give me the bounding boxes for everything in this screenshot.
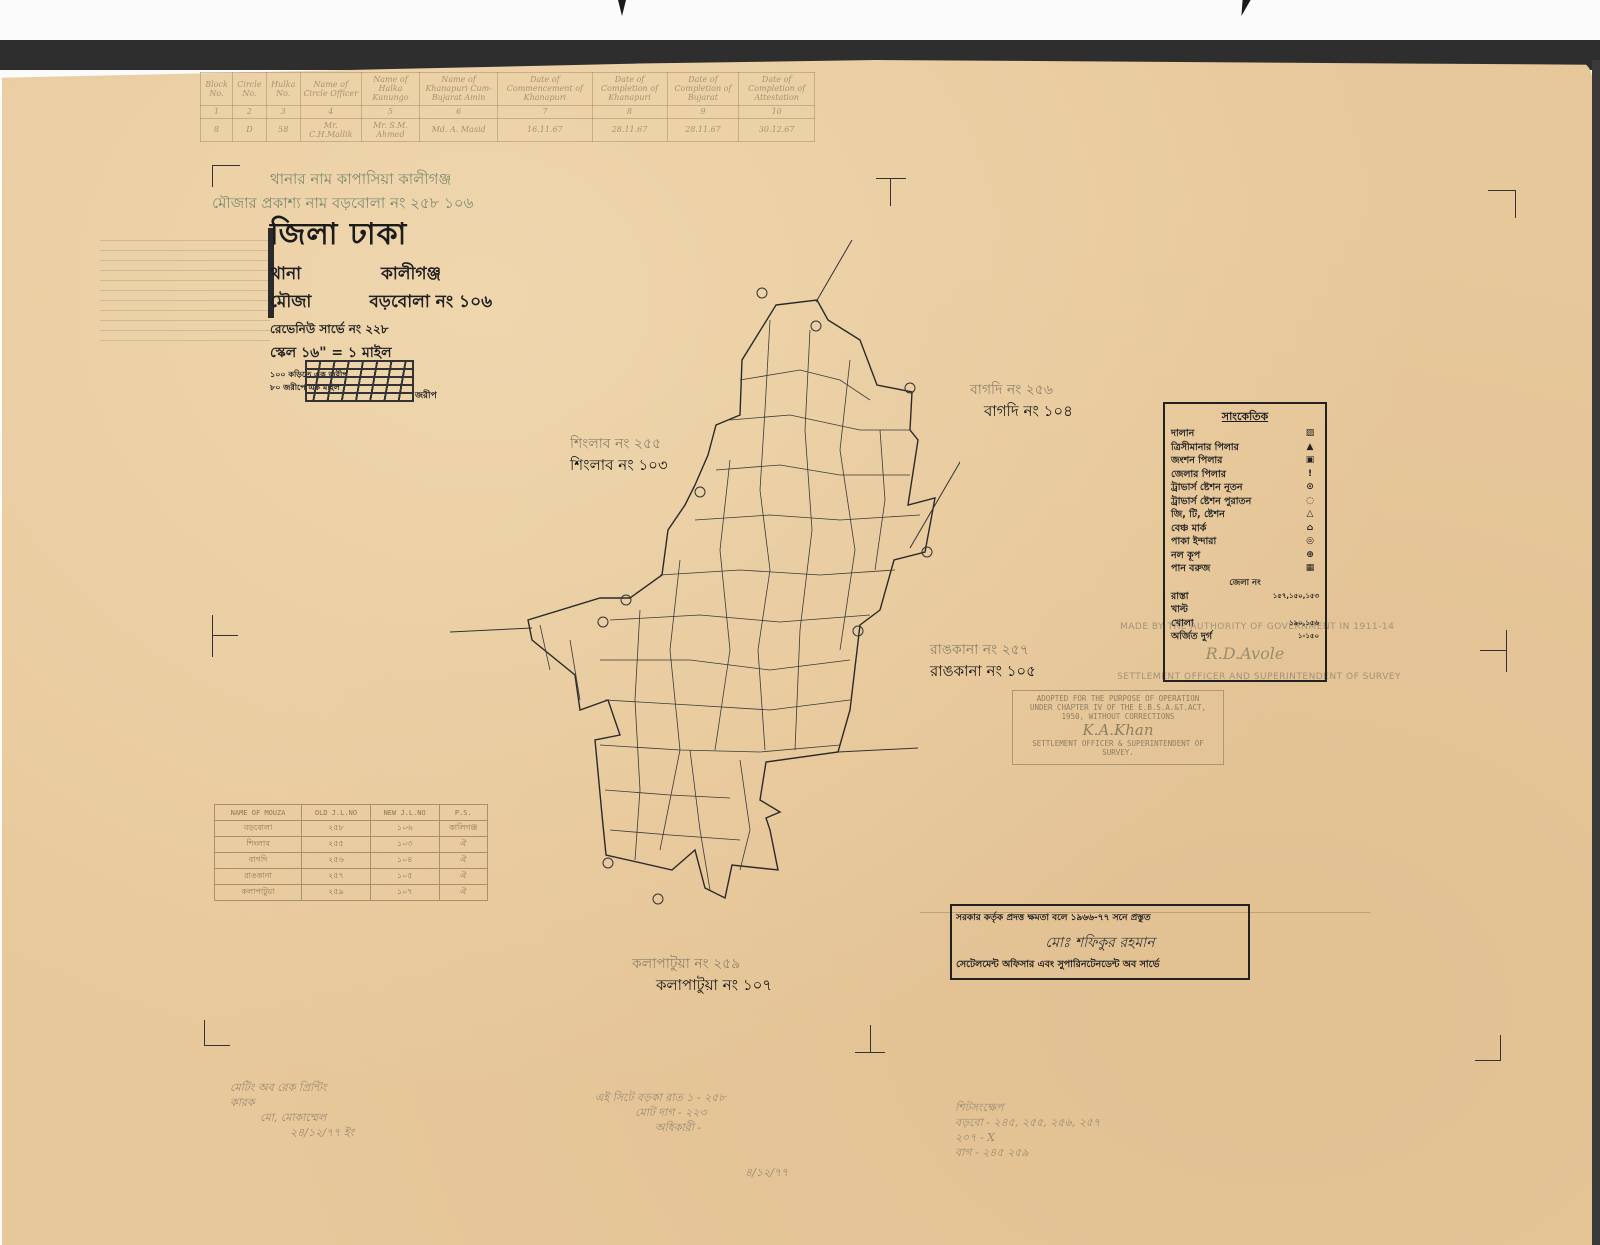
register-value: Md. A. Masid: [420, 118, 498, 141]
legend-value: ১৯০,১৫৬: [1289, 617, 1319, 631]
legend-value: ১-১৫০: [1298, 630, 1319, 644]
register-value: D: [233, 118, 267, 141]
register-num: 5: [361, 105, 419, 118]
legend-label: বেঞ্চ মার্ক: [1171, 522, 1206, 536]
stamp-signature: মোঃ শফিকুর রহমান: [956, 931, 1244, 955]
register-value: Mr. C.H.Mallik: [300, 118, 361, 141]
thana-label: থানা: [270, 261, 301, 289]
new-village-name: কলাপাটুয়া নং ১০৭: [656, 974, 772, 999]
column-header: P.S.: [439, 805, 487, 821]
handwritten-note-middle: এই সিটে বড়কা রাত ১ - ২৫৮ মোট দাগ - ২২৩ …: [595, 1090, 788, 1180]
handwritten-note-left: মেটিং অব রেক প্রিন্টিং কারক মো, মোকাম্মে…: [230, 1080, 354, 1140]
legend-subtitle: জেলা নং: [1171, 576, 1319, 590]
traverse-station-new-icon: ⊙: [1301, 481, 1319, 495]
betel-garden-icon: ▦: [1301, 562, 1319, 576]
register-value: 16.11.67: [498, 118, 592, 141]
column-header: NEW J.L.NO: [370, 805, 439, 821]
legend-label: খোলা: [1171, 617, 1194, 631]
legend-item: দালান▨: [1171, 427, 1319, 441]
note-line: মো, মোকাম্মেল: [260, 1110, 354, 1125]
cell: ঐ: [439, 885, 487, 901]
corner-mark: [204, 1045, 230, 1046]
mouza-label: মৌজা: [270, 289, 311, 317]
registration-mark: [890, 178, 891, 206]
legend-label: জি, টি, ষ্টেশন: [1171, 508, 1225, 522]
mouza-table-header: NAME OF MOUZA OLD J.L.NO NEW J.L.NO P.S.: [215, 805, 488, 821]
registration-mark: [212, 635, 238, 636]
stamp-line: ADOPTED FOR THE PURPOSE OF OPERATION: [1013, 694, 1223, 703]
legend-item: বেঞ্চ মার্ক⌂: [1171, 522, 1319, 536]
register-num: 1: [201, 105, 233, 118]
stamp-line: SETTLEMENT OFFICER & SUPERINTENDENT OF: [1013, 739, 1223, 748]
legend-row: রাস্তা১৫৭,১৫০,১৫৩: [1171, 590, 1319, 604]
note-line: বাগ - ২৪৫ ২৫৯: [955, 1145, 1100, 1160]
cell: রাঙকানা: [215, 869, 302, 885]
legend-label: পাকা ইন্দারা: [1171, 535, 1216, 549]
note-line: ২৪/১২/৭৭ ইং: [290, 1125, 354, 1140]
legend-label: ট্রাভার্স ষ্টেশন পুরাতন: [1171, 495, 1251, 509]
cell: ১০৫: [370, 869, 439, 885]
gt-station-icon: △: [1301, 508, 1319, 522]
cell: ২৫৬: [302, 853, 371, 869]
old-village-name: রাঙকানা নং ২৫৭: [930, 638, 1036, 662]
new-village-name: শিংলাব নং ১০৩: [570, 454, 668, 479]
scale-bar-label: জরীপ: [415, 388, 437, 403]
legend-label: জেলার পিলার: [1171, 468, 1226, 482]
registration-mark: [1506, 630, 1507, 672]
village-label-shinglab: শিংলাব নং ২৫৫ শিংলাব নং ১০৩: [570, 432, 668, 479]
pucca-well-icon: ◎: [1301, 535, 1319, 549]
note-line: অধিকারী -: [655, 1120, 788, 1135]
register-col: Hulka No.: [266, 73, 300, 106]
register-num: 9: [667, 105, 739, 118]
note-line: ৪/১২/৭৭: [745, 1165, 788, 1180]
register-col: Name of Circle Officer: [300, 73, 361, 106]
legend-item: জংশন পিলার▣: [1171, 454, 1319, 468]
cell: বড়বোলা: [215, 821, 302, 837]
register-col: Date of Completion of Khanapuri: [592, 73, 667, 106]
register-num: 7: [498, 105, 592, 118]
cell: শিংলাব: [215, 837, 302, 853]
village-label-kalapatua: কলাপাটুয়া নং ২৫৯ কলাপাটুয়া নং ১০৭: [632, 952, 772, 999]
registration-mark: [1480, 650, 1506, 651]
legend-label: খাল্ট: [1171, 603, 1188, 617]
legend-label: নল কূপ: [1171, 549, 1200, 563]
legend-row: খাল্ট: [1171, 603, 1319, 617]
register-num: 8: [592, 105, 667, 118]
register-value: Mr. S.M. Ahmed: [361, 118, 419, 141]
cell: কালিগঞ্জ: [439, 821, 487, 837]
legend-item: জেলার পিলার!: [1171, 468, 1319, 482]
old-village-name: কলাপাটুয়া নং ২৫৯: [632, 952, 772, 976]
legend-label: জংশন পিলার: [1171, 454, 1222, 468]
stamp-line: সরকার কর্তৃক প্রদত্ত ক্ষমতা বলে ১৯৬৬-৭৭ …: [956, 910, 1244, 925]
table-row: কলাপাটুয়া২৫৯১০৭ঐ: [215, 885, 488, 901]
traverse-station-old-icon: ◌: [1301, 495, 1319, 509]
register-col: Date of Commencement of Khanapuri: [498, 73, 592, 106]
village-label-bagdi: বাগদি নং ২৫৬ বাগদি নং ১০৪: [970, 378, 1073, 425]
new-village-name: রাঙকানা নং ১০৫: [930, 660, 1036, 685]
legend-label: অর্জিত দুর্গ: [1171, 630, 1212, 644]
ruled-lines: [100, 240, 270, 350]
legend-box: সাংকেতিক দালান▨ ত্রিসীমানার পিলার▲ জংশন …: [1163, 402, 1327, 682]
legend-item: নল কূপ⊕: [1171, 549, 1319, 563]
thana-value: কালীগঞ্জ: [381, 261, 441, 289]
scan-border-right: [1592, 60, 1600, 1245]
corner-mark: [1500, 1035, 1501, 1061]
note-line: বড়বো - ২৪৫, ২৫৫, ২৫৬, ২৫৭: [955, 1115, 1100, 1130]
cell: ২৫৯: [302, 885, 371, 901]
registration-mark: [212, 615, 213, 657]
register-value: 8: [201, 118, 233, 141]
legend-row: খোলা১৯০,১৫৬: [1171, 617, 1319, 631]
corner-mark: [1515, 190, 1516, 218]
adopted-stamp: ADOPTED FOR THE PURPOSE OF OPERATION UND…: [1012, 690, 1224, 765]
scale-bar: [305, 360, 414, 402]
legend-label: দালান: [1171, 427, 1194, 441]
register-value: 30.12.67: [739, 118, 815, 141]
cell: ঐ: [439, 837, 487, 853]
column-header: NAME OF MOUZA: [215, 805, 302, 821]
table-row: শিংলাব২৫৫১০৩ঐ: [215, 837, 488, 853]
register-num: 3: [266, 105, 300, 118]
corner-mark: [1475, 1060, 1501, 1061]
survey-stamp: সরকার কর্তৃক প্রদত্ত ক্ষমতা বলে ১৯৬৬-৭৭ …: [950, 904, 1250, 980]
register-value: 28.11.67: [667, 118, 739, 141]
column-header: OLD J.L.NO: [302, 805, 371, 821]
register-col: Circle No.: [233, 73, 267, 106]
cell: ১০৭: [370, 885, 439, 901]
cadastral-map: [440, 230, 960, 920]
cell: ১০৬: [370, 821, 439, 837]
legend-row: অর্জিত দুর্গ১-১৫০: [1171, 630, 1319, 644]
register-col: Block No.: [201, 73, 233, 106]
legend-value: ১৫৭,১৫০,১৫৩: [1273, 590, 1319, 604]
corner-mark: [1488, 190, 1516, 191]
mouza-table: NAME OF MOUZA OLD J.L.NO NEW J.L.NO P.S.…: [214, 804, 488, 901]
register-col: Name of Khanapuri Cum-Bujarat Amin: [420, 73, 498, 106]
note-line: ২০৭ - X: [955, 1130, 1100, 1145]
register-col: Date of Completion of Attestation: [739, 73, 815, 106]
legend-label: পান বরুজ: [1171, 562, 1210, 576]
register-num: 6: [420, 105, 498, 118]
register-num: 4: [300, 105, 361, 118]
district-pillar-icon: !: [1301, 468, 1319, 482]
binder-clip-left: [618, 0, 626, 16]
cell: ২৫৮: [302, 821, 371, 837]
legend-title: সাংকেতিক: [1171, 408, 1319, 427]
corner-mark: [212, 165, 213, 187]
new-village-name: বাগদি নং ১০৪: [984, 400, 1073, 425]
register-col: Name of Halka Kanungo: [361, 73, 419, 106]
cell: ১০৩: [370, 837, 439, 853]
stamp-line: সেটেলমেন্ট অফিসার এবং সুপারিনটেনডেন্ট অব…: [956, 958, 1244, 973]
corner-mark: [212, 165, 240, 166]
register-value-row: 8 D 58 Mr. C.H.Mallik Mr. S.M. Ahmed Md.…: [201, 118, 815, 141]
cell: বাগদি: [215, 853, 302, 869]
note-line: কারক: [230, 1095, 354, 1110]
stamp-line: 1950, WITHOUT CORRECTIONS: [1013, 712, 1223, 721]
note-line: মেটিং অব রেক প্রিন্টিং: [230, 1080, 354, 1095]
register-num: 2: [233, 105, 267, 118]
register-num: 10: [739, 105, 815, 118]
register-value: 58: [266, 118, 300, 141]
building-symbol-icon: ▨: [1301, 427, 1319, 441]
cell: ২৫৫: [302, 837, 371, 853]
registration-mark: [870, 1025, 871, 1053]
register-number-row: 1 2 3 4 5 6 7 8 9 10: [201, 105, 815, 118]
table-row: বাগদি২৫৬১০৪ঐ: [215, 853, 488, 869]
note-line: শিটসংক্ষেপ: [955, 1100, 1100, 1115]
cell: ঐ: [439, 853, 487, 869]
legend-item: পান বরুজ▦: [1171, 562, 1319, 576]
legend-signature: R.D.Avole: [1171, 644, 1319, 663]
handwritten-note-right: শিটসংক্ষেপ বড়বো - ২৪৫, ২৫৫, ২৫৬, ২৫৭ ২০…: [955, 1100, 1100, 1160]
bench-mark-icon: ⌂: [1301, 522, 1319, 536]
old-village-name: শিংলাব নং ২৫৫: [570, 432, 668, 456]
register-col: Date of Completion of Bujarat: [667, 73, 739, 106]
stamp-signature: K.A.Khan: [1013, 721, 1223, 739]
register-value: 28.11.67: [592, 118, 667, 141]
cell: ১০৪: [370, 853, 439, 869]
legend-item: ত্রিসীমানার পিলার▲: [1171, 441, 1319, 455]
cell: ২৫৭: [302, 869, 371, 885]
village-label-raukana: রাঙকানা নং ২৫৭ রাঙকানা নং ১০৫: [930, 638, 1036, 685]
legend-item: ট্রাভার্স ষ্টেশন পুরাতন◌: [1171, 495, 1319, 509]
junction-pillar-icon: ▣: [1301, 454, 1319, 468]
register-table: Block No. Circle No. Hulka No. Name of C…: [200, 72, 815, 142]
note-line: মোট দাগ - ২২৩: [635, 1105, 788, 1120]
stamp-line: SURVEY.: [1013, 748, 1223, 757]
table-row: বড়বোলা২৫৮১০৬কালিগঞ্জ: [215, 821, 488, 837]
legend-item: জি, টি, ষ্টেশন△: [1171, 508, 1319, 522]
old-village-name: বাগদি নং ২৫৬: [970, 378, 1073, 402]
registration-mark: [876, 178, 906, 179]
tube-well-icon: ⊕: [1301, 549, 1319, 563]
tri-junction-pillar-icon: ▲: [1301, 441, 1319, 455]
thana-name-ghost: থানার নাম কাপাসিয়া কালীগঞ্জ: [270, 168, 451, 193]
legend-label: ট্রাভার্স ষ্টেশন নূতন: [1171, 481, 1243, 495]
legend-label: রাস্তা: [1171, 590, 1189, 604]
cell: ঐ: [439, 869, 487, 885]
corner-mark: [204, 1020, 205, 1046]
table-row: রাঙকানা২৫৭১০৫ঐ: [215, 869, 488, 885]
note-line: এই সিটে বড়কা রাত ১ - ২৫৮: [595, 1090, 788, 1105]
legend-label: ত্রিসীমানার পিলার: [1171, 441, 1239, 455]
register-header-row: Block No. Circle No. Hulka No. Name of C…: [201, 73, 815, 106]
stamp-line: UNDER CHAPTER IV OF THE E.B.S.A.&T.ACT,: [1013, 703, 1223, 712]
legend-item: পাকা ইন্দারা◎: [1171, 535, 1319, 549]
cell: কলাপাটুয়া: [215, 885, 302, 901]
legend-item: ট্রাভার্স ষ্টেশন নূতন⊙: [1171, 481, 1319, 495]
scan-top-margin: [0, 0, 1600, 40]
